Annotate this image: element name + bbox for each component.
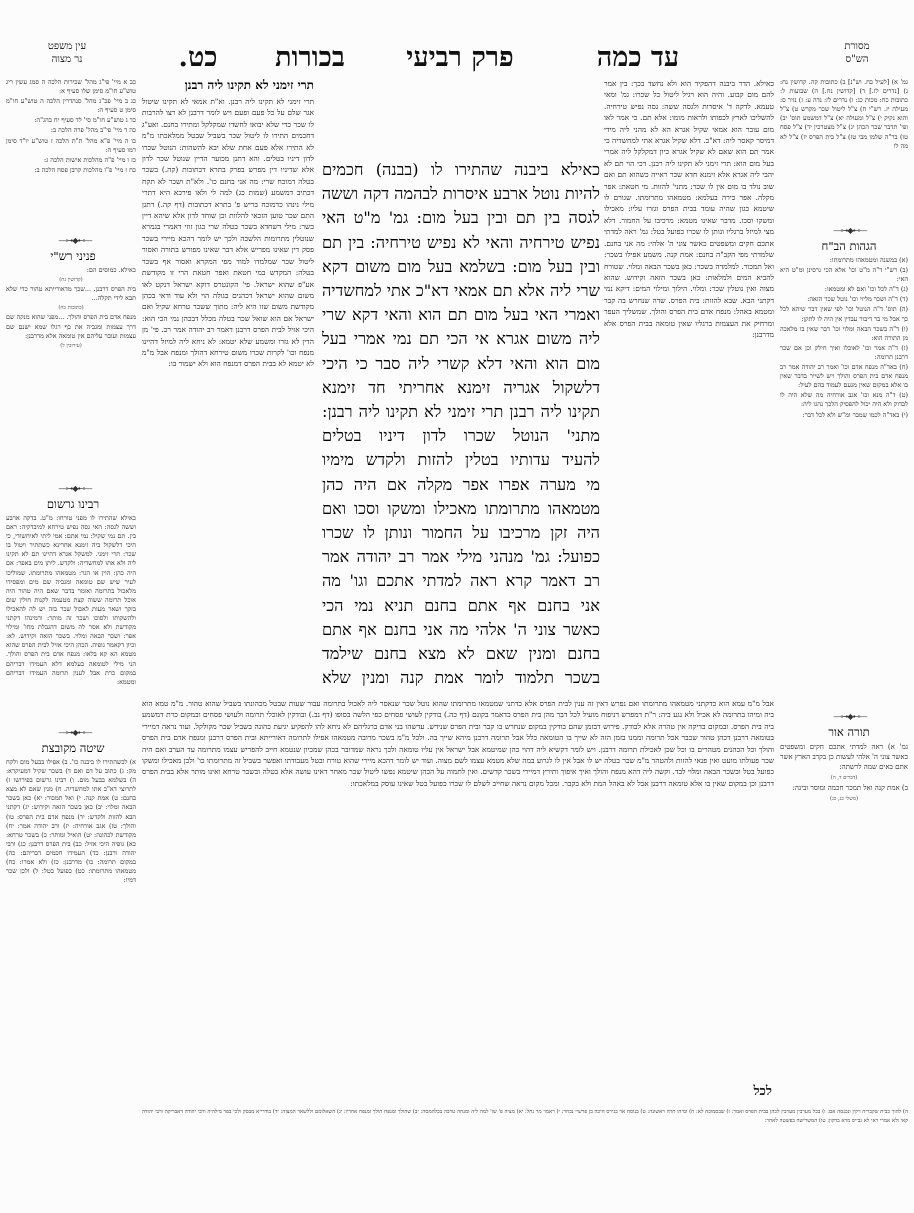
gemara-line: מום הוא והאי דלא קשרי ליה סבר כי היכי <box>322 352 600 376</box>
penei-rashi-ref: (קדושין נח) <box>6 276 136 285</box>
hagahot-habach-title: הגהות הב"ח <box>790 238 908 254</box>
rabbeinu-gershom-title: רבינו גרשום <box>10 496 136 512</box>
gemara-line: היה זקן מרכיבו על החמור ונותן לו שכרו <box>322 521 600 545</box>
ein-mishpat-label: עין משפט נר מצוה <box>32 40 102 80</box>
penei-rashi-ref: (כתובות כח) <box>6 304 136 313</box>
hagahot-item: (ז) ד"ה אמר וכו' לאוכלו ואיך חילק וכן אם… <box>780 344 908 362</box>
hagahot-item: (ח) באד"ה מנפח אדם וכו' ואמר רב יהודה אמ… <box>780 363 908 390</box>
hagahot-item: (א) במשנה ומטמאהו מתרומתו: <box>780 256 908 265</box>
penei-rashi-item: מנפח אדם בית הפרס והולך. ...מפני שהוא מנ… <box>6 313 136 340</box>
gemara-line: כאשר צוני ה' אלהי מה אני בחנם אף אתם <box>322 618 600 642</box>
rashi-commentary: כאילא. הדר ביבנה דהפקיד הוא ולא נחשד בכך… <box>604 78 774 608</box>
penei-rashi-column: כאילא. כמוסים הם: (קדושין נח) בית הפרס ד… <box>6 266 136 416</box>
shita-mekubetzet-text: א) לכשהתירו לו ביבנה כו'. ב) אפילו בבעל … <box>6 758 136 885</box>
tosafot-heading: תרי זימני לא תקינו ליה רבנן <box>142 78 314 94</box>
gemara-line: להיות נוטל ארבע איסרות לבהמה דקה וששה <box>322 182 600 206</box>
rabbeinu-gershom-column: כאילא שהתירו לו מפני טורחו: מ"ט. בדקה אר… <box>6 514 136 724</box>
ein-mishpat-label-line2: נר מצוה <box>32 53 102 66</box>
gemara-line: מי מערה אפרו אפר מקלה אם היה כהן <box>322 473 600 497</box>
penei-rashi-item: בית הפרס דרבנן. ...שכך מדאורייתא טהור כד… <box>6 285 136 303</box>
gemara-line: ואמרי האי בעל מום תם הוא והאי דקא שרי <box>322 303 600 327</box>
chapter-number: פרק רביעי <box>395 38 525 78</box>
gemara-line: תקינו ליה רבנן תרי זימני לא תקינו ליה רב… <box>322 400 600 424</box>
gemara-line: כאילא ביבנה שהתירו לו (בבנה) חכמים <box>322 158 600 182</box>
ornament-divider: —⊶◆⊷— <box>30 484 120 494</box>
torah-or-verse: גמ' א) ראה למדתי אתכם חקים ומשפטים כאשר … <box>780 742 908 772</box>
gemara-line: מטמאהו מתרומתו מאכילו ומשקו וסכו ואם <box>322 497 600 521</box>
gemara-line: נפיש טירחיה והאי לא נפיש טירחיה: בין תם <box>322 231 600 255</box>
torah-or-title: תורה אור <box>790 724 908 740</box>
gemara-main-text: כאילא ביבנה שהתירו לו (בבנה) חכמים להיות… <box>322 158 600 703</box>
bottom-commentary-text: אבל מ"מ עמא הוא כדקתני מטמאהו מתרומתו וא… <box>142 699 774 788</box>
gemara-line: ליה משום אגרא אי הכי תם נמי אמרי בעל <box>322 327 600 351</box>
tosafot-commentary: תרי זימני לא תקינו ליה רבנן. וא"ת אמאי ל… <box>142 96 314 691</box>
hagahot-habach-column: (א) במשנה ומטמאהו מתרומתו: (ב) רש"י ד"ה … <box>780 256 908 708</box>
gemara-line: אני בחנם אף אתם בחנם תניא נמי הכי <box>322 594 600 618</box>
tractate-name: בכורות <box>265 38 355 78</box>
hagahot-item: (י) באד"ה לכמו שמבר ומ"ש ולא לכל דבר: <box>780 411 908 420</box>
torah-or-column: גמ' א) ראה למדתי אתכם חקים ומשפטים כאשר … <box>780 742 908 862</box>
ein-mishpat-item: כג ב מיי' פכ"ג מהל' סנהדרין הלכה ה טוש"ע… <box>6 97 136 115</box>
masoret-hashas-label: מסורת הש"ס <box>832 40 882 80</box>
gemara-line: להעיד עדותיו בטלין להזות ולקדש מימיו <box>322 448 600 472</box>
ornament-divider: —⊶◆⊷— <box>30 728 120 738</box>
penei-rashi-title: פניני רש"י <box>10 248 136 264</box>
closing-catchword: לכל <box>742 1083 772 1099</box>
gemara-line: מתני' הנוטל שכרו לדון דיניו בטלים <box>322 424 600 448</box>
footnotes: ה) להוך כבית שקבריה רקין ונכנסה אם: ו) ב… <box>142 1108 908 1132</box>
masoret-label-line2: הש"ס <box>832 53 882 66</box>
ein-mishpat-item: כו ה מיי' פ"א מהל' ת"ת הלכה ז טוש"ע יו"ד… <box>6 137 136 155</box>
ein-mishpat-label-line1: עין משפט <box>32 40 102 53</box>
folio-number: כט. <box>168 38 228 78</box>
ein-mishpat-item: כה ד מיי' פי"ב מהל' פרה הלכה ב: <box>6 126 136 135</box>
masoret-hashas-column: גמ' א) [לעיל כח. וש"נ] ב) כתובות קה. קדו… <box>780 78 908 218</box>
gemara-line: בחנם ומנין שאם לא מצא בחנם שילמד <box>322 642 600 666</box>
shita-mekubetzet-column: א) לכשהתירו לו ביבנה כו'. ב) אפילו בבעל … <box>6 758 136 1088</box>
chapter-name: עד כמה <box>578 38 698 78</box>
ein-mishpat-item: כד ג טוש"ע חו"מ סי' לד סעיף יח בהג"ה: <box>6 116 136 125</box>
masoret-hashas-text: גמ' א) [לעיל כח. וש"נ] ב) כתובות קה. קדו… <box>780 78 908 151</box>
gemara-line: ובין בעל מום: בשלמא בעל מום משום דקא <box>322 255 600 279</box>
penei-rashi-item: כאילא. כמוסים הם: <box>6 266 136 275</box>
gemara-line: שרי ליה אלא תם אמאי דא"כ אתי למחשדיה <box>322 279 600 303</box>
gemara-line: כפועל: גמ' מנהני מילי אמר רב יהודה אמר <box>322 545 600 569</box>
hagahot-item: (ד) ד"ה ושכר מליוי וכו' נוטל שכר הזאה: <box>780 295 908 304</box>
ornament-divider: —⊶◆⊷— <box>800 712 900 722</box>
hagahot-item: (ג) ד"ה לכל וכו' ואם לא ומטמאו: <box>780 285 908 294</box>
masoret-label-line1: מסורת <box>832 40 882 53</box>
gemara-line: בשכר תלמוד לומר אמת קנה ומנין שלא <box>322 666 600 690</box>
ein-mishpat-column: כב א מיי' פי"ג מהל' שכירות הלכה ה סמג עש… <box>6 78 136 228</box>
torah-or-ref: (דברים ד, ה) <box>780 773 908 783</box>
gemara-line: דלשקול אגריה זימנא אחריתי חד זימנא <box>322 376 600 400</box>
ornament-divider: —⊶◆⊷— <box>800 226 900 236</box>
hagahot-item: (ט) ד"ה מנא וכו' אגב אורחיה מה שלא היה ל… <box>780 391 908 409</box>
shita-mekubetzet-title: שיטה מקובצת <box>10 740 136 756</box>
hagahot-item: (ב) רש"י ד"ה מ"ט וכו' אלא הכי גרסינן ומ"… <box>780 266 908 284</box>
bottom-commentary: אבל מ"מ עמא הוא כדקתני מטמאהו מתרומתו וא… <box>142 698 774 1083</box>
ein-mishpat-item: כז ו מיי' פ"ה מהלכות אישות הלכה ג: <box>6 156 136 165</box>
gemara-line: רב דאמר קרא ראה למדתי אתכם וגו' מה <box>322 569 600 593</box>
tosafot-text: תרי זימני לא תקינו ליה רבנן. וא"ת אמאי ל… <box>142 97 314 368</box>
ein-mishpat-item: כח ז מיי' פ"ו מהלכות קרבן פסח הלכה ב: <box>6 166 136 175</box>
hagahot-item: (ו) ד"ה בשכר הבאה ומלוי וכו' דבר שאין בו… <box>780 325 908 343</box>
ein-mishpat-item: כב א מיי' פי"ג מהל' שכירות הלכה ה סמג עש… <box>6 78 136 96</box>
rabbeinu-gershom-text: כאילא שהתירו לו מפני טורחו: מ"ט. בדקה אר… <box>6 514 136 687</box>
ornament-divider: —⊶◆⊷— <box>30 236 120 246</box>
rashi-text: כאילא. הדר ביבנה דהפקיד הוא ולא נחשד בכך… <box>604 79 774 339</box>
hagahot-item: (ה) תוס' ד"ה הנוטל וכו' לפי שאין דבר שיה… <box>780 305 908 323</box>
torah-or-ref: (משלי כג, כג) <box>780 794 908 804</box>
torah-or-verse: ב) אמת קנה ואל תמכר חכמה ומוסר ובינה: <box>780 783 908 793</box>
penei-rashi-ref: (עירובין ל) <box>6 342 136 351</box>
gemara-line: לגסה בין תם ובין בעל מום: גמ' מ"ט האי <box>322 206 600 230</box>
